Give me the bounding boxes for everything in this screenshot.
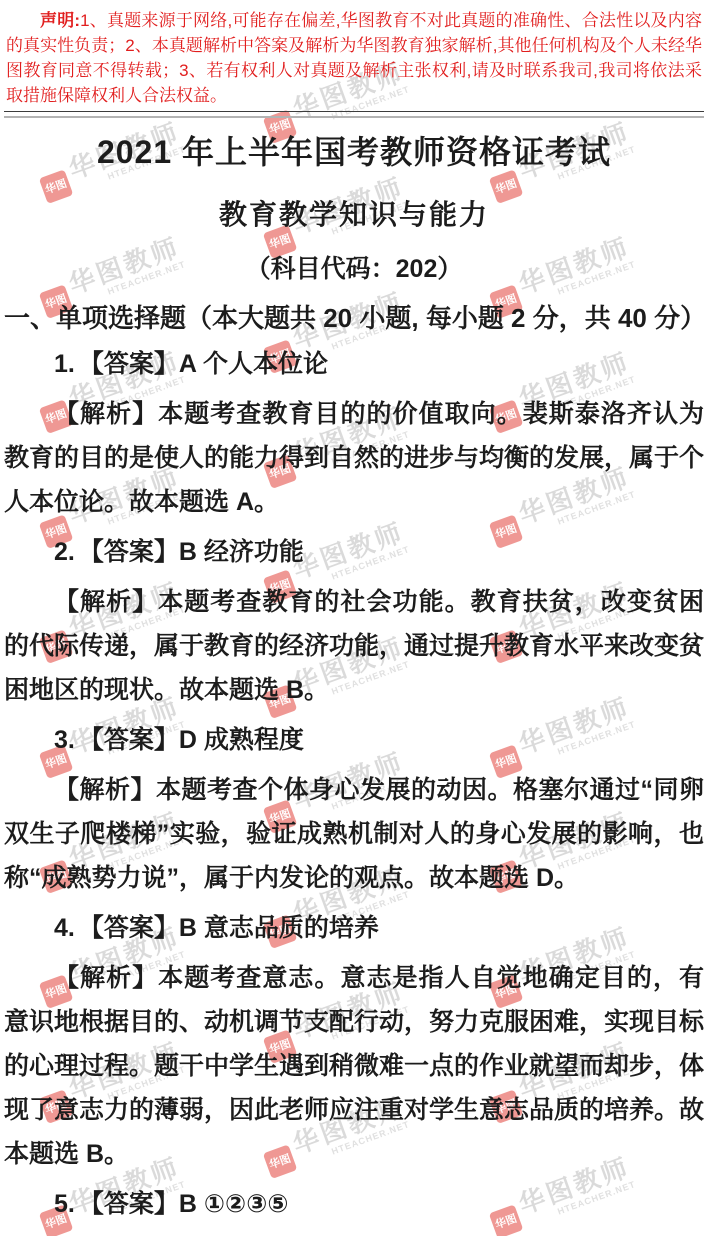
question-number: 4.	[54, 914, 75, 942]
analysis-paragraph-q3: 【解析】本题考查个体身心发展的动因。格塞尔通过“同卵双生子爬楼梯”实验，验证成熟…	[4, 768, 704, 900]
answer-line-q4: 4.【答案】B 意志品质的培养	[4, 906, 704, 950]
question-number: 2.	[54, 538, 75, 566]
answer-text: D 成熟程度	[179, 726, 304, 754]
answer-line-q1: 1.【答案】A 个人本位论	[4, 342, 704, 386]
analysis-paragraph-q2: 【解析】本题考查教育的社会功能。教育扶贫，改变贫困的代际传递，属于教育的经济功能…	[4, 580, 704, 712]
analysis-text: 本题考查意志。意志是指人自觉地确定目的，有意识地根据目的、动机调节支配行动，努力…	[4, 964, 704, 1168]
separator-line-dark	[4, 111, 704, 112]
answer-label: 【答案】	[79, 538, 179, 566]
answer-text: A 个人本位论	[179, 350, 328, 378]
subject-code: （科目代码：202）	[4, 254, 704, 284]
analysis-label: 【解析】	[54, 400, 158, 428]
disclaimer-label: 声明:	[40, 11, 80, 30]
analysis-paragraph-q4: 【解析】本题考查意志。意志是指人自觉地确定目的，有意识地根据目的、动机调节支配行…	[4, 956, 704, 1176]
answer-text: B ①②③⑤	[179, 1190, 289, 1218]
analysis-label: 【解析】	[54, 588, 158, 616]
answer-label: 【答案】	[79, 726, 179, 754]
answer-label: 【答案】	[79, 350, 179, 378]
question-number: 5.	[54, 1190, 75, 1218]
answer-line-q2: 2.【答案】B 经济功能	[4, 530, 704, 574]
disclaimer-text: 1、真题来源于网络,可能存在偏差,华图教育不对此真题的准确性、合法性以及内容的真…	[6, 11, 702, 105]
answer-label: 【答案】	[79, 914, 179, 942]
answer-line-q5: 5.【答案】B ①②③⑤	[4, 1182, 704, 1226]
disclaimer: 声明:1、真题来源于网络,可能存在偏差,华图教育不对此真题的准确性、合法性以及内…	[4, 0, 704, 108]
separator-line-light	[4, 116, 704, 118]
question-number: 3.	[54, 726, 75, 754]
exam-answer-document: 声明:1、真题来源于网络,可能存在偏差,华图教育不对此真题的准确性、合法性以及内…	[0, 0, 708, 1226]
answer-label: 【答案】	[79, 1190, 179, 1218]
answer-text: B 经济功能	[179, 538, 304, 566]
answer-text: B 意志品质的培养	[179, 914, 379, 942]
exam-title: 2021 年上半年国考教师资格证考试	[4, 132, 704, 172]
section-heading: 一、单项选择题（本大题共 20 小题, 每小题 2 分，共 40 分）	[4, 300, 704, 336]
analysis-paragraph-q1: 【解析】本题考查教育目的的价值取向。裴斯泰洛齐认为教育的目的是使人的能力得到自然…	[4, 392, 704, 524]
analysis-label: 【解析】	[54, 776, 156, 804]
question-number: 1.	[54, 350, 75, 378]
exam-subtitle: 教育教学知识与能力	[4, 198, 704, 232]
analysis-label: 【解析】	[54, 964, 158, 992]
answer-line-q3: 3.【答案】D 成熟程度	[4, 718, 704, 762]
